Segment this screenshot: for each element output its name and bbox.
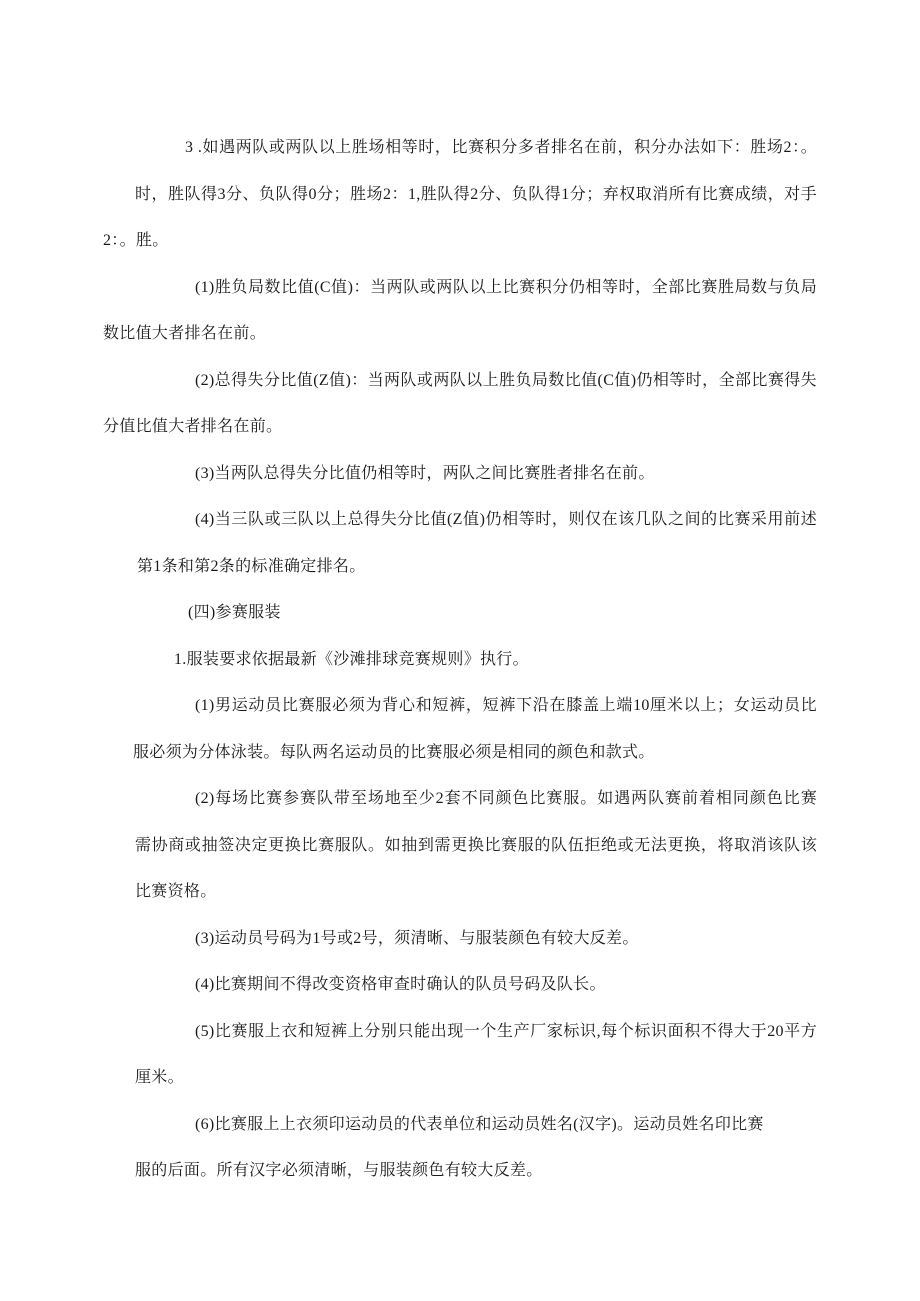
text-line: (四)参赛服装 [103, 590, 817, 637]
text-line: 时，胜队得3分、负队得0分；胜场2：1,胜队得2分、负队得1分；弃权取消所有比赛… [103, 172, 817, 219]
text-line: (5)比赛服上衣和短裤上分别只能出现一个生产厂家标识,每个标识面积不得大于20平… [103, 1009, 817, 1056]
document-page: 3 .如遇两队或两队以上胜场相等时，比赛积分多者排名在前，积分办法如下：胜场2：… [0, 0, 920, 1301]
text-line: 1.服装要求依据最新《沙滩排球竞赛规则》执行。 [103, 637, 817, 684]
text-line: (4)比赛期间不得改变资格审查时确认的队员号码及队长。 [103, 962, 817, 1009]
text-line: (3)运动员号码为1号或2号，须清晰、与服装颜色有较大反差。 [103, 916, 817, 963]
text-line: 比赛资格。 [103, 869, 817, 916]
text-line: (1)胜负局数比值(C值)：当两队或两队以上比赛积分仍相等时，全部比赛胜局数与负… [103, 265, 817, 312]
text-line: 第1条和第2条的标准确定排名。 [103, 544, 817, 591]
text-line: 服必须为分体泳装。每队两名运动员的比赛服必须是相同的颜色和款式。 [103, 730, 817, 777]
text-line: 数比值大者排名在前。 [103, 311, 817, 358]
document-body: 3 .如遇两队或两队以上胜场相等时，比赛积分多者排名在前，积分办法如下：胜场2：… [103, 125, 817, 1195]
text-line: 需协商或抽签决定更换比赛服队。如抽到需更换比赛服的队伍拒绝或无法更换，将取消该队… [103, 823, 817, 870]
text-line: (4)当三队或三队以上总得失分比值(Z值)仍相等时，则仅在该几队之间的比赛采用前… [103, 497, 817, 544]
text-line: 2：。胜。 [103, 218, 817, 265]
text-line: (2)总得失分比值(Z值)：当两队或两队以上胜负局数比值(C值)仍相等时，全部比… [103, 358, 817, 405]
text-line: 分值比值大者排名在前。 [103, 404, 817, 451]
text-line: (2)每场比赛参赛队带至场地至少2套不同颜色比赛服。如遇两队赛前着相同颜色比赛服… [103, 776, 817, 823]
text-line: 3 .如遇两队或两队以上胜场相等时，比赛积分多者排名在前，积分办法如下：胜场2：… [103, 125, 817, 172]
text-line: 服的后面。所有汉字必须清晰，与服装颜色有较大反差。 [103, 1148, 817, 1195]
text-line: (6)比赛服上上衣须印运动员的代表单位和运动员姓名(汉字)。运动员姓名印比赛 [103, 1102, 817, 1149]
text-line: 厘米。 [103, 1055, 817, 1102]
text-line: (1)男运动员比赛服必须为背心和短裤，短裤下沿在膝盖上端10厘米以上；女运动员比… [103, 683, 817, 730]
text-line: (3)当两队总得失分比值仍相等时，两队之间比赛胜者排名在前。 [103, 451, 817, 498]
